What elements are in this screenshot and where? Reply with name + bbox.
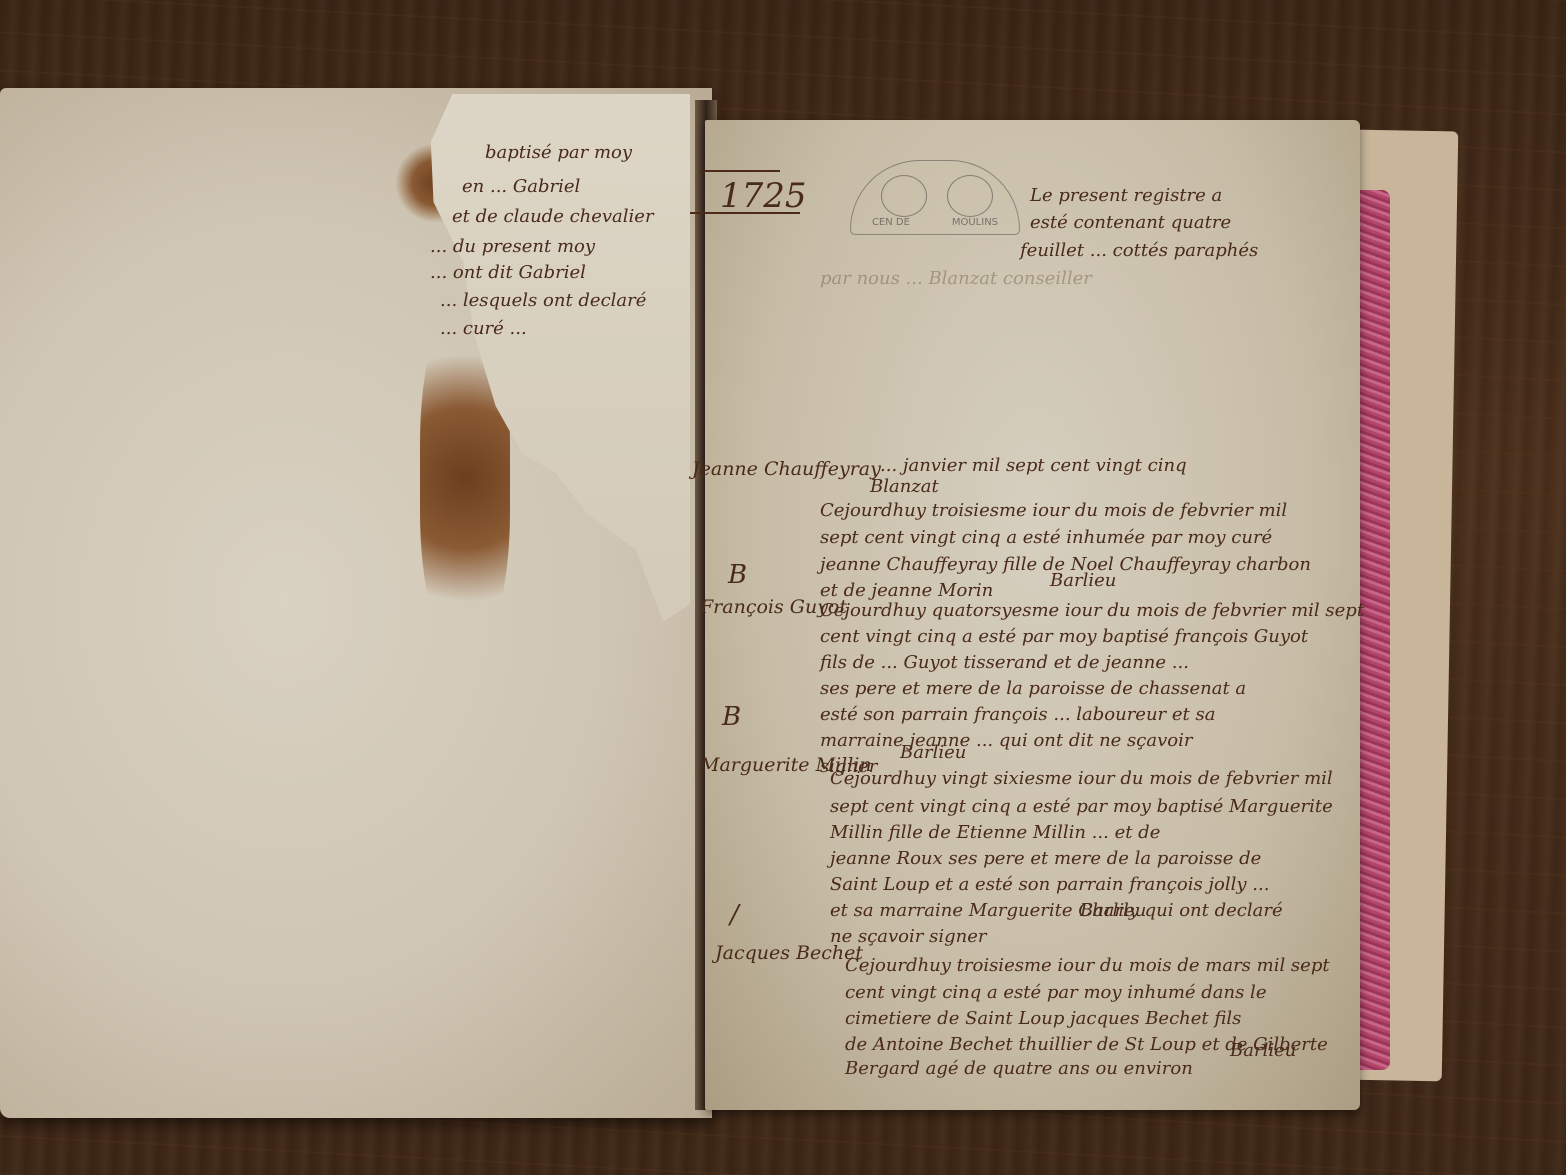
entry-line: Cejourdhuy troisiesme iour du mois de ma…: [845, 955, 1330, 976]
stamp-text-right: MOULINS: [952, 217, 998, 228]
priest-signature: Barlieu: [1080, 900, 1146, 921]
burial-mark: /: [730, 900, 739, 930]
entry-line: cent vingt cinq a esté par moy baptisé f…: [820, 626, 1308, 647]
left-fragment-line: en ... Gabriel: [462, 176, 580, 197]
margin-name: Jacques Bechet: [715, 942, 863, 964]
fleur-de-lis-emblem: [881, 175, 927, 217]
priest-signature: Barlieu: [1050, 570, 1116, 591]
header-line: Le present registre a: [1030, 185, 1222, 206]
entry-line: esté son parrain françois ... laboureur …: [820, 704, 1215, 725]
baptism-mark: B: [722, 702, 741, 732]
left-fragment-line: ... curé ...: [440, 318, 527, 339]
entry-line: fils de ... Guyot tisserand et de jeanne…: [820, 652, 1189, 673]
left-fragment-line: ... du present moy: [430, 236, 595, 257]
entry-place: Blanzat: [870, 476, 939, 497]
entry-line: Millin fille de Etienne Millin ... et de: [830, 822, 1160, 843]
left-fragment-line: et de claude chevalier: [452, 206, 654, 227]
entry-line: jeanne Roux ses pere et mere de la paroi…: [830, 848, 1261, 869]
left-fragment-line: baptisé par moy: [485, 142, 632, 163]
entry-line: Saint Loup et a esté son parrain françoi…: [830, 874, 1269, 895]
wheel-emblem: [947, 175, 993, 217]
left-fragment-line: ... lesquels ont declaré: [440, 290, 646, 311]
entry-line: cent vingt cinq a esté par moy inhumé da…: [845, 982, 1266, 1003]
header-line: par nous ... Blanzat conseiller: [820, 268, 1092, 289]
left-fragment-line: ... ont dit Gabriel: [430, 262, 586, 283]
priest-signature: Barlieu: [900, 742, 966, 763]
stamp-text-left: CEN DE: [872, 217, 910, 228]
margin-name: Jeanne Chauffeyray: [692, 458, 881, 480]
register-year: 1725: [720, 176, 807, 216]
year-rule-top: [700, 170, 780, 172]
entry-line: sept cent vingt cinq a esté inhumée par …: [820, 527, 1272, 548]
header-line: feuillet ... cottés paraphés: [1020, 240, 1258, 261]
entry-line: marraine jeanne ... qui ont dit ne sçavo…: [820, 730, 1192, 751]
baptism-mark: B: [728, 560, 747, 590]
entry-line: Cejourdhuy quatorsyesme iour du mois de …: [820, 600, 1364, 621]
year-rule-bottom: [690, 212, 800, 214]
left-page: [0, 88, 712, 1118]
entry-line: sept cent vingt cinq a esté par moy bapt…: [830, 796, 1333, 817]
entry-line: Bergard agé de quatre ans ou environ: [845, 1058, 1193, 1079]
entry-line: et sa marraine Marguerite Charly qui ont…: [830, 900, 1283, 921]
entry-line: cimetiere de Saint Loup jacques Bechet f…: [845, 1008, 1241, 1029]
entry-line: Cejourdhuy troisiesme iour du mois de fe…: [820, 500, 1287, 521]
entry-line: ses pere et mere de la paroisse de chass…: [820, 678, 1246, 699]
priest-signature: Barlieu: [1230, 1040, 1296, 1061]
header-line: ... janvier mil sept cent vingt cinq: [880, 455, 1187, 476]
header-line: esté contenant quatre: [1030, 212, 1231, 233]
entry-line: Cejourdhuy vingt sixiesme iour du mois d…: [830, 768, 1333, 789]
